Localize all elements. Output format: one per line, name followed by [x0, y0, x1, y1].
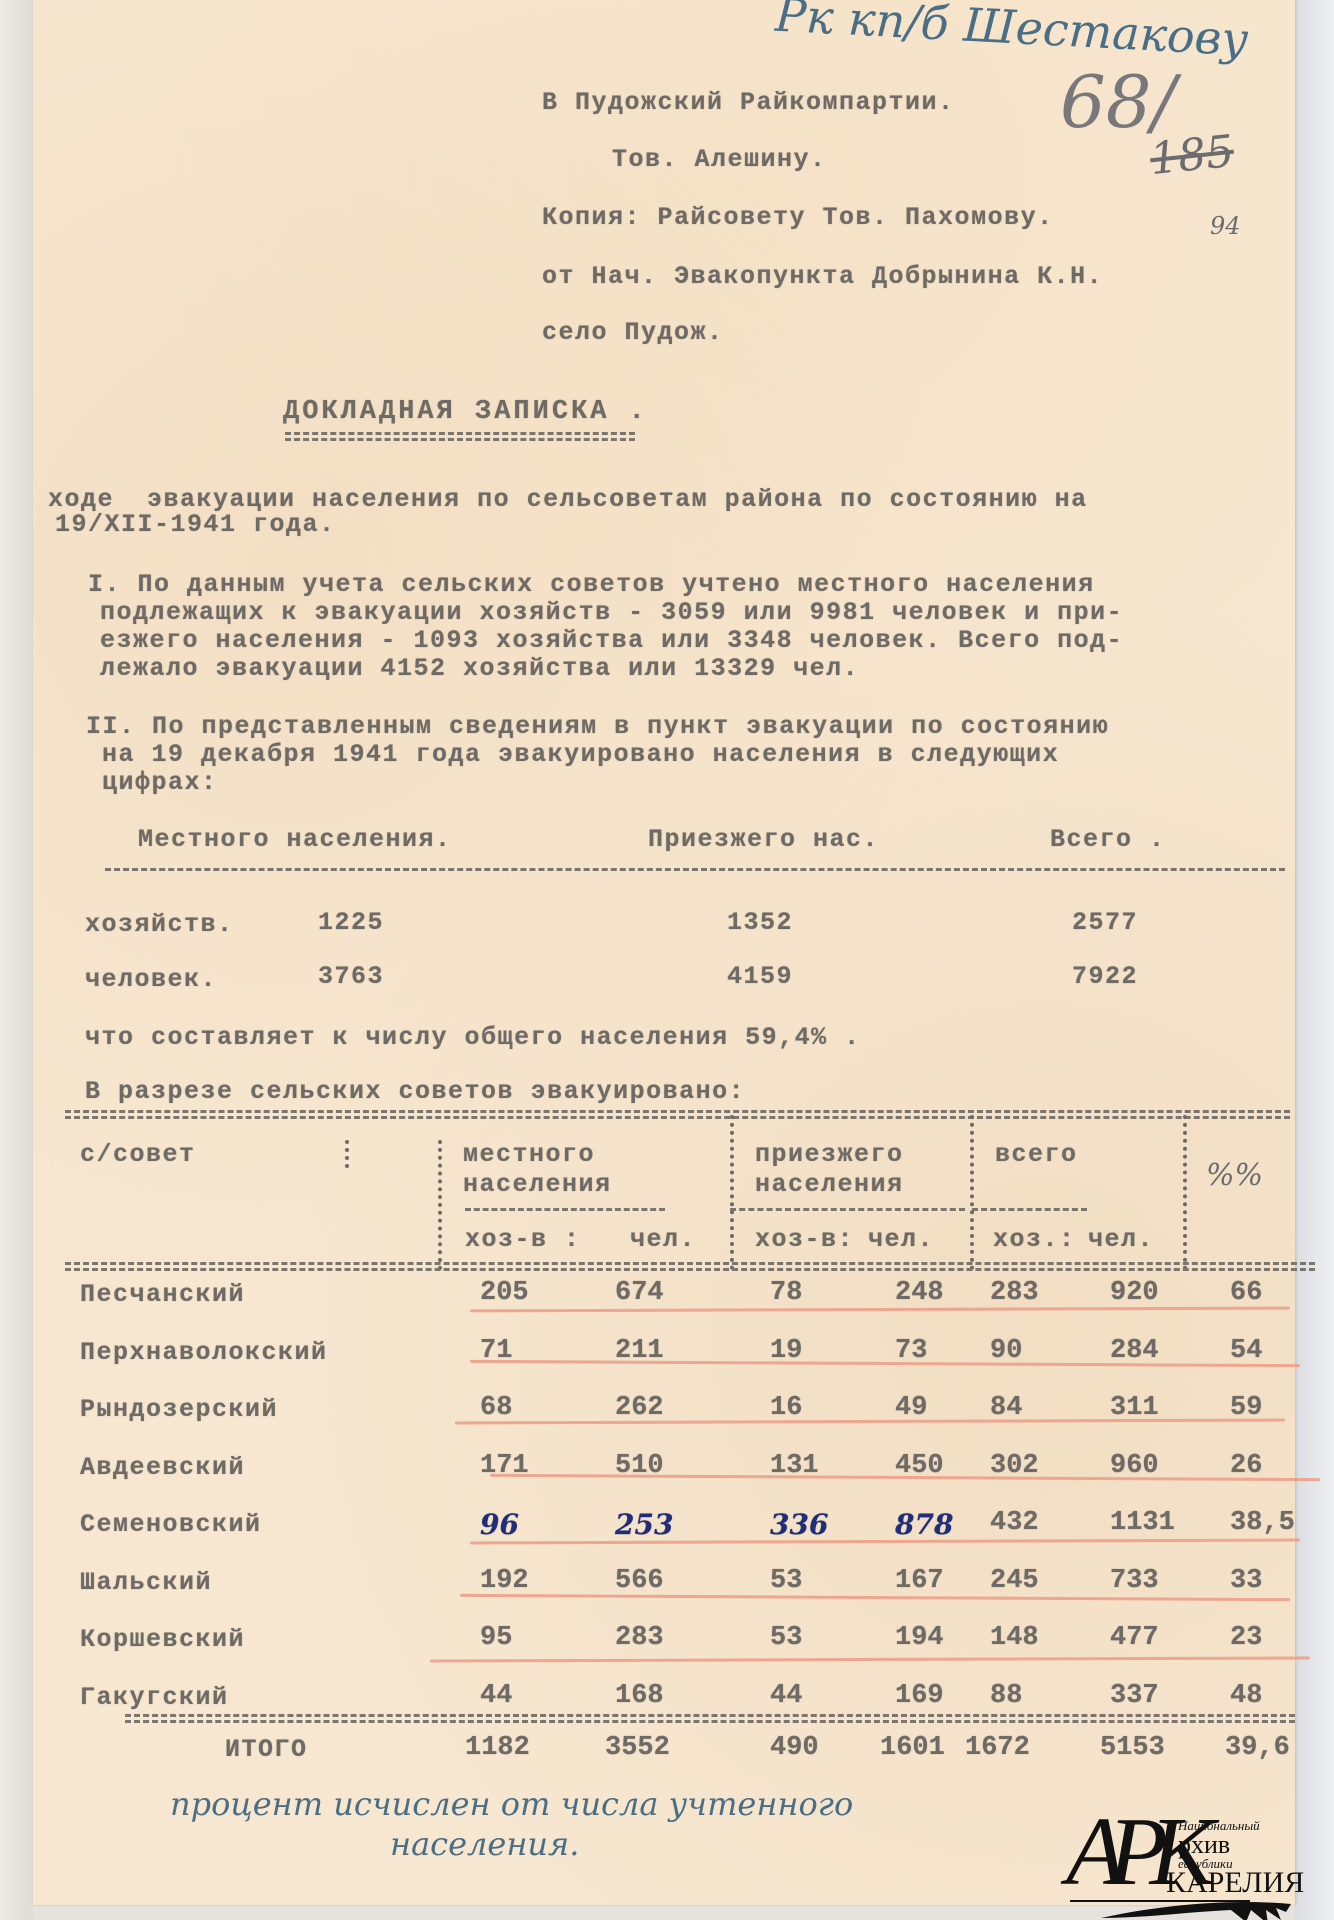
table-cell: 53 — [770, 1623, 802, 1653]
table-cell: 336 — [770, 1508, 828, 1541]
sheet-number-2: 185 — [1148, 126, 1237, 185]
col-divider — [730, 1115, 734, 1270]
col-divider — [438, 1140, 442, 1270]
table-cell: 960 — [1110, 1451, 1159, 1481]
table-cell: 245 — [990, 1566, 1039, 1596]
col-divider — [345, 1140, 349, 1168]
table-cell: 66 — [1230, 1278, 1262, 1308]
table-cell: 337 — [1110, 1681, 1159, 1711]
summary-value: 2577 — [1072, 908, 1138, 937]
subheader-rule-total — [972, 1208, 1087, 1211]
col-header-arrived-1: приезжего — [755, 1140, 904, 1169]
total-cell: 1182 — [465, 1733, 530, 1763]
breakdown-top-rule — [65, 1110, 1290, 1113]
sub-header-arrived-hh: хоз-в: — [755, 1225, 854, 1254]
table-cell: 674 — [615, 1278, 664, 1308]
section-2-line-3: цифрах: — [102, 768, 218, 797]
section-1-line-3: езжего населения - 1093 хозяйства или 33… — [100, 626, 1123, 655]
quill-feather-icon — [1096, 1896, 1296, 1920]
summary-value: 7922 — [1072, 962, 1138, 991]
table-cell: 284 — [1110, 1336, 1159, 1366]
table-cell: 54 — [1230, 1336, 1262, 1366]
bottom-note-line-1: процент исчислен от числа учтенного — [170, 1785, 853, 1823]
summary-header-local: Местного населения. — [138, 825, 452, 854]
table-cell: 192 — [480, 1566, 529, 1596]
scan-left-margin — [0, 0, 33, 1920]
sub-header-local-hh: хоз-в : — [465, 1225, 581, 1254]
total-cell: 1601 — [880, 1733, 945, 1763]
col-header-sovet: с/совет — [80, 1140, 196, 1169]
total-rule — [125, 1714, 1295, 1717]
table-cell: 44 — [770, 1681, 802, 1711]
table-cell: 283 — [990, 1278, 1039, 1308]
table-cell: 44 — [480, 1681, 512, 1711]
summary-row-label: хозяйств. — [85, 910, 234, 939]
sovet-name: Семеновский — [80, 1510, 262, 1539]
total-cell: 3552 — [605, 1733, 670, 1763]
table-cell: 733 — [1110, 1566, 1159, 1596]
subheader-rule-local — [465, 1208, 665, 1211]
sovet-name: Перхнаволокский — [80, 1338, 328, 1367]
summary-value: 3763 — [318, 962, 384, 991]
total-cell: 39,6 — [1225, 1733, 1290, 1763]
title-underline — [285, 432, 635, 435]
table-cell: 90 — [990, 1336, 1022, 1366]
col-header-arrived-2: населения — [755, 1170, 904, 1199]
sub-header-total-ppl: чел. — [1088, 1225, 1154, 1254]
page-number: 94 — [1210, 212, 1241, 240]
table-cell: 26 — [1230, 1451, 1262, 1481]
table-cell: 148 — [990, 1623, 1039, 1653]
logo-karelia: КАРЕЛИЯ — [1166, 1866, 1304, 1900]
table-cell: 253 — [615, 1508, 673, 1541]
document-title: ДОКЛАДНАЯ ЗАПИСКА . — [283, 397, 648, 427]
sovet-name: Рындозерский — [80, 1395, 278, 1424]
scan-right-margin — [1295, 0, 1334, 1920]
sovet-name: Песчанский — [80, 1280, 245, 1309]
section-2-line-2: на 19 декабря 1941 года эвакуировано нас… — [102, 740, 1059, 769]
section-1-line-1: I. По данным учета сельских советов учте… — [88, 570, 1095, 599]
sub-header-arrived-ppl: чел. — [868, 1225, 934, 1254]
table-cell: 920 — [1110, 1278, 1159, 1308]
table-cell: 95 — [480, 1623, 512, 1653]
col-header-percent-note: %% — [1206, 1158, 1263, 1193]
total-cell: 5153 — [1100, 1733, 1165, 1763]
table-cell: 1131 — [1110, 1508, 1175, 1538]
total-cell: 490 — [770, 1733, 819, 1763]
table-cell: 167 — [895, 1566, 944, 1596]
summary-header-total: Всего . — [1050, 825, 1166, 854]
sovet-name: Коршевский — [80, 1625, 245, 1654]
summary-header-rule — [105, 868, 1285, 871]
sovet-name: Шальский — [80, 1568, 212, 1597]
sub-header-total-hh: хоз.: — [993, 1225, 1076, 1254]
total-label: ИТОГО — [225, 1735, 308, 1764]
table-cell: 205 — [480, 1278, 529, 1308]
table-cell: 16 — [770, 1393, 802, 1423]
address-line-4: от Нач. Эвакопункта Добрынина К.Н. — [542, 262, 1103, 291]
table-cell: 566 — [615, 1566, 664, 1596]
sub-header-local-ppl: чел. — [630, 1225, 696, 1254]
summary-value: 4159 — [727, 962, 793, 991]
sovet-name: Гакугский — [80, 1683, 229, 1712]
subject-line-2: 19/XII-1941 года. — [55, 510, 336, 539]
subheader-rule-arrived — [730, 1208, 965, 1211]
table-cell: 78 — [770, 1278, 802, 1308]
summary-header-arrived: Приезжего нас. — [648, 825, 879, 854]
summary-value: 1352 — [727, 908, 793, 937]
table-cell: 878 — [895, 1508, 953, 1541]
table-cell: 194 — [895, 1623, 944, 1653]
total-cell: 1672 — [965, 1733, 1030, 1763]
sheet-number: 68/ — [1060, 60, 1176, 144]
table-cell: 96 — [480, 1508, 519, 1541]
col-header-local-1: местного — [463, 1140, 595, 1169]
table-cell: 283 — [615, 1623, 664, 1653]
col-header-total: всего — [995, 1140, 1078, 1169]
section-1-line-2: подлежащих к эвакуации хозяйств - 3059 и… — [100, 598, 1123, 627]
table-cell: 248 — [895, 1278, 944, 1308]
table-cell: 169 — [895, 1681, 944, 1711]
summary-row-label: человек. — [85, 965, 217, 994]
table-cell: 53 — [770, 1566, 802, 1596]
breakdown-header-rule — [65, 1262, 1315, 1265]
sovet-name: Авдеевский — [80, 1453, 245, 1482]
table-cell: 33 — [1230, 1566, 1262, 1596]
table-cell: 432 — [990, 1508, 1039, 1538]
table-cell: 38,5 — [1230, 1508, 1295, 1538]
col-divider — [1183, 1115, 1187, 1270]
address-line-1: В Пудожский Райкомпартии. — [542, 88, 955, 117]
section-2-line-1: II. По представленным сведениям в пункт … — [86, 712, 1109, 741]
breakdown-intro: В разрезе сельских советов эвакуировано: — [85, 1077, 745, 1106]
table-cell: 49 — [895, 1393, 927, 1423]
section-1-line-4: лежало эвакуации 4152 хозяйства или 1332… — [100, 654, 859, 683]
table-cell: 88 — [990, 1681, 1022, 1711]
col-header-local-2: населения — [463, 1170, 612, 1199]
table-cell: 68 — [480, 1393, 512, 1423]
table-cell: 262 — [615, 1393, 664, 1423]
table-cell: 23 — [1230, 1623, 1262, 1653]
summary-percentage-note: что составляет к числу общего населения … — [85, 1023, 861, 1052]
table-cell: 73 — [895, 1336, 927, 1366]
address-line-5: село Пудож. — [542, 318, 724, 347]
col-divider — [970, 1115, 974, 1270]
bottom-note-line-2: населения. — [390, 1825, 579, 1863]
table-cell: 477 — [1110, 1623, 1159, 1653]
table-cell: 168 — [615, 1681, 664, 1711]
archive-logo: АРК Национальный рхив еспублики КАРЕЛИЯ — [1066, 1808, 1296, 1918]
address-line-3: Копия: Райсовету Тов. Пахомову. — [542, 203, 1054, 232]
address-line-2: Тов. Алешину. — [612, 145, 827, 174]
table-cell: 48 — [1230, 1681, 1262, 1711]
summary-value: 1225 — [318, 908, 384, 937]
